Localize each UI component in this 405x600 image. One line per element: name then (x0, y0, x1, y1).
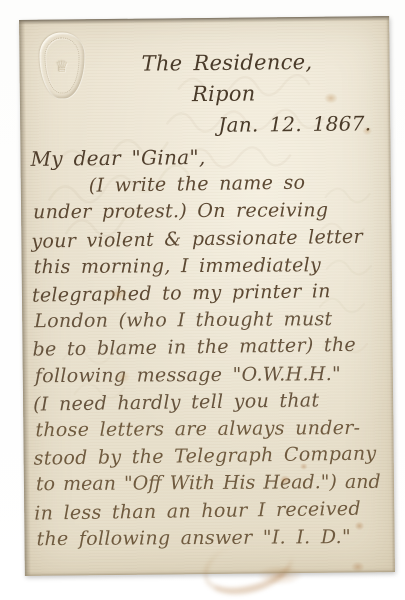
letter-line: those letters are always under- (35, 415, 387, 445)
letter-line: your violent & passionate letter (31, 223, 383, 255)
letter-line: under protest.) On receiving (33, 197, 385, 227)
letter-line: telegraphed to my printer in (32, 277, 384, 309)
letter-line: in less than an hour I received (34, 495, 386, 527)
letter-heading: The Residence, Ripon Jan. 12. 1867. (19, 46, 390, 143)
letter-line: to mean "Off With His Head.") and (36, 469, 388, 499)
letter-heading-place: Ripon (192, 77, 390, 110)
letter-body: My dear "Gina", (I write the name sounde… (30, 142, 386, 554)
letter-line: following message "O.W.H.H." (35, 360, 387, 390)
letter-line: this morning, I immediately (34, 252, 386, 282)
large-stain-blob (257, 565, 303, 585)
letter-heading-residence: The Residence, (141, 46, 389, 80)
letter-line: the following answer "I. I. D." (36, 524, 388, 554)
letter-line: (I need hardly tell you that (33, 386, 385, 418)
letter-page: ♕ The Residence, Ripon Jan. 12. 1867. My… (19, 16, 395, 576)
letter-line: be to blame in the matter) the (32, 332, 384, 364)
paper-edge-bottom (25, 569, 395, 576)
paper-edge-top (19, 16, 389, 25)
scan-background: ♕ The Residence, Ripon Jan. 12. 1867. My… (0, 0, 405, 600)
letter-heading-date: Jan. 12. 1867. (218, 108, 390, 141)
letter-body-lines: (I write the name sounder protest.) On r… (31, 169, 387, 554)
